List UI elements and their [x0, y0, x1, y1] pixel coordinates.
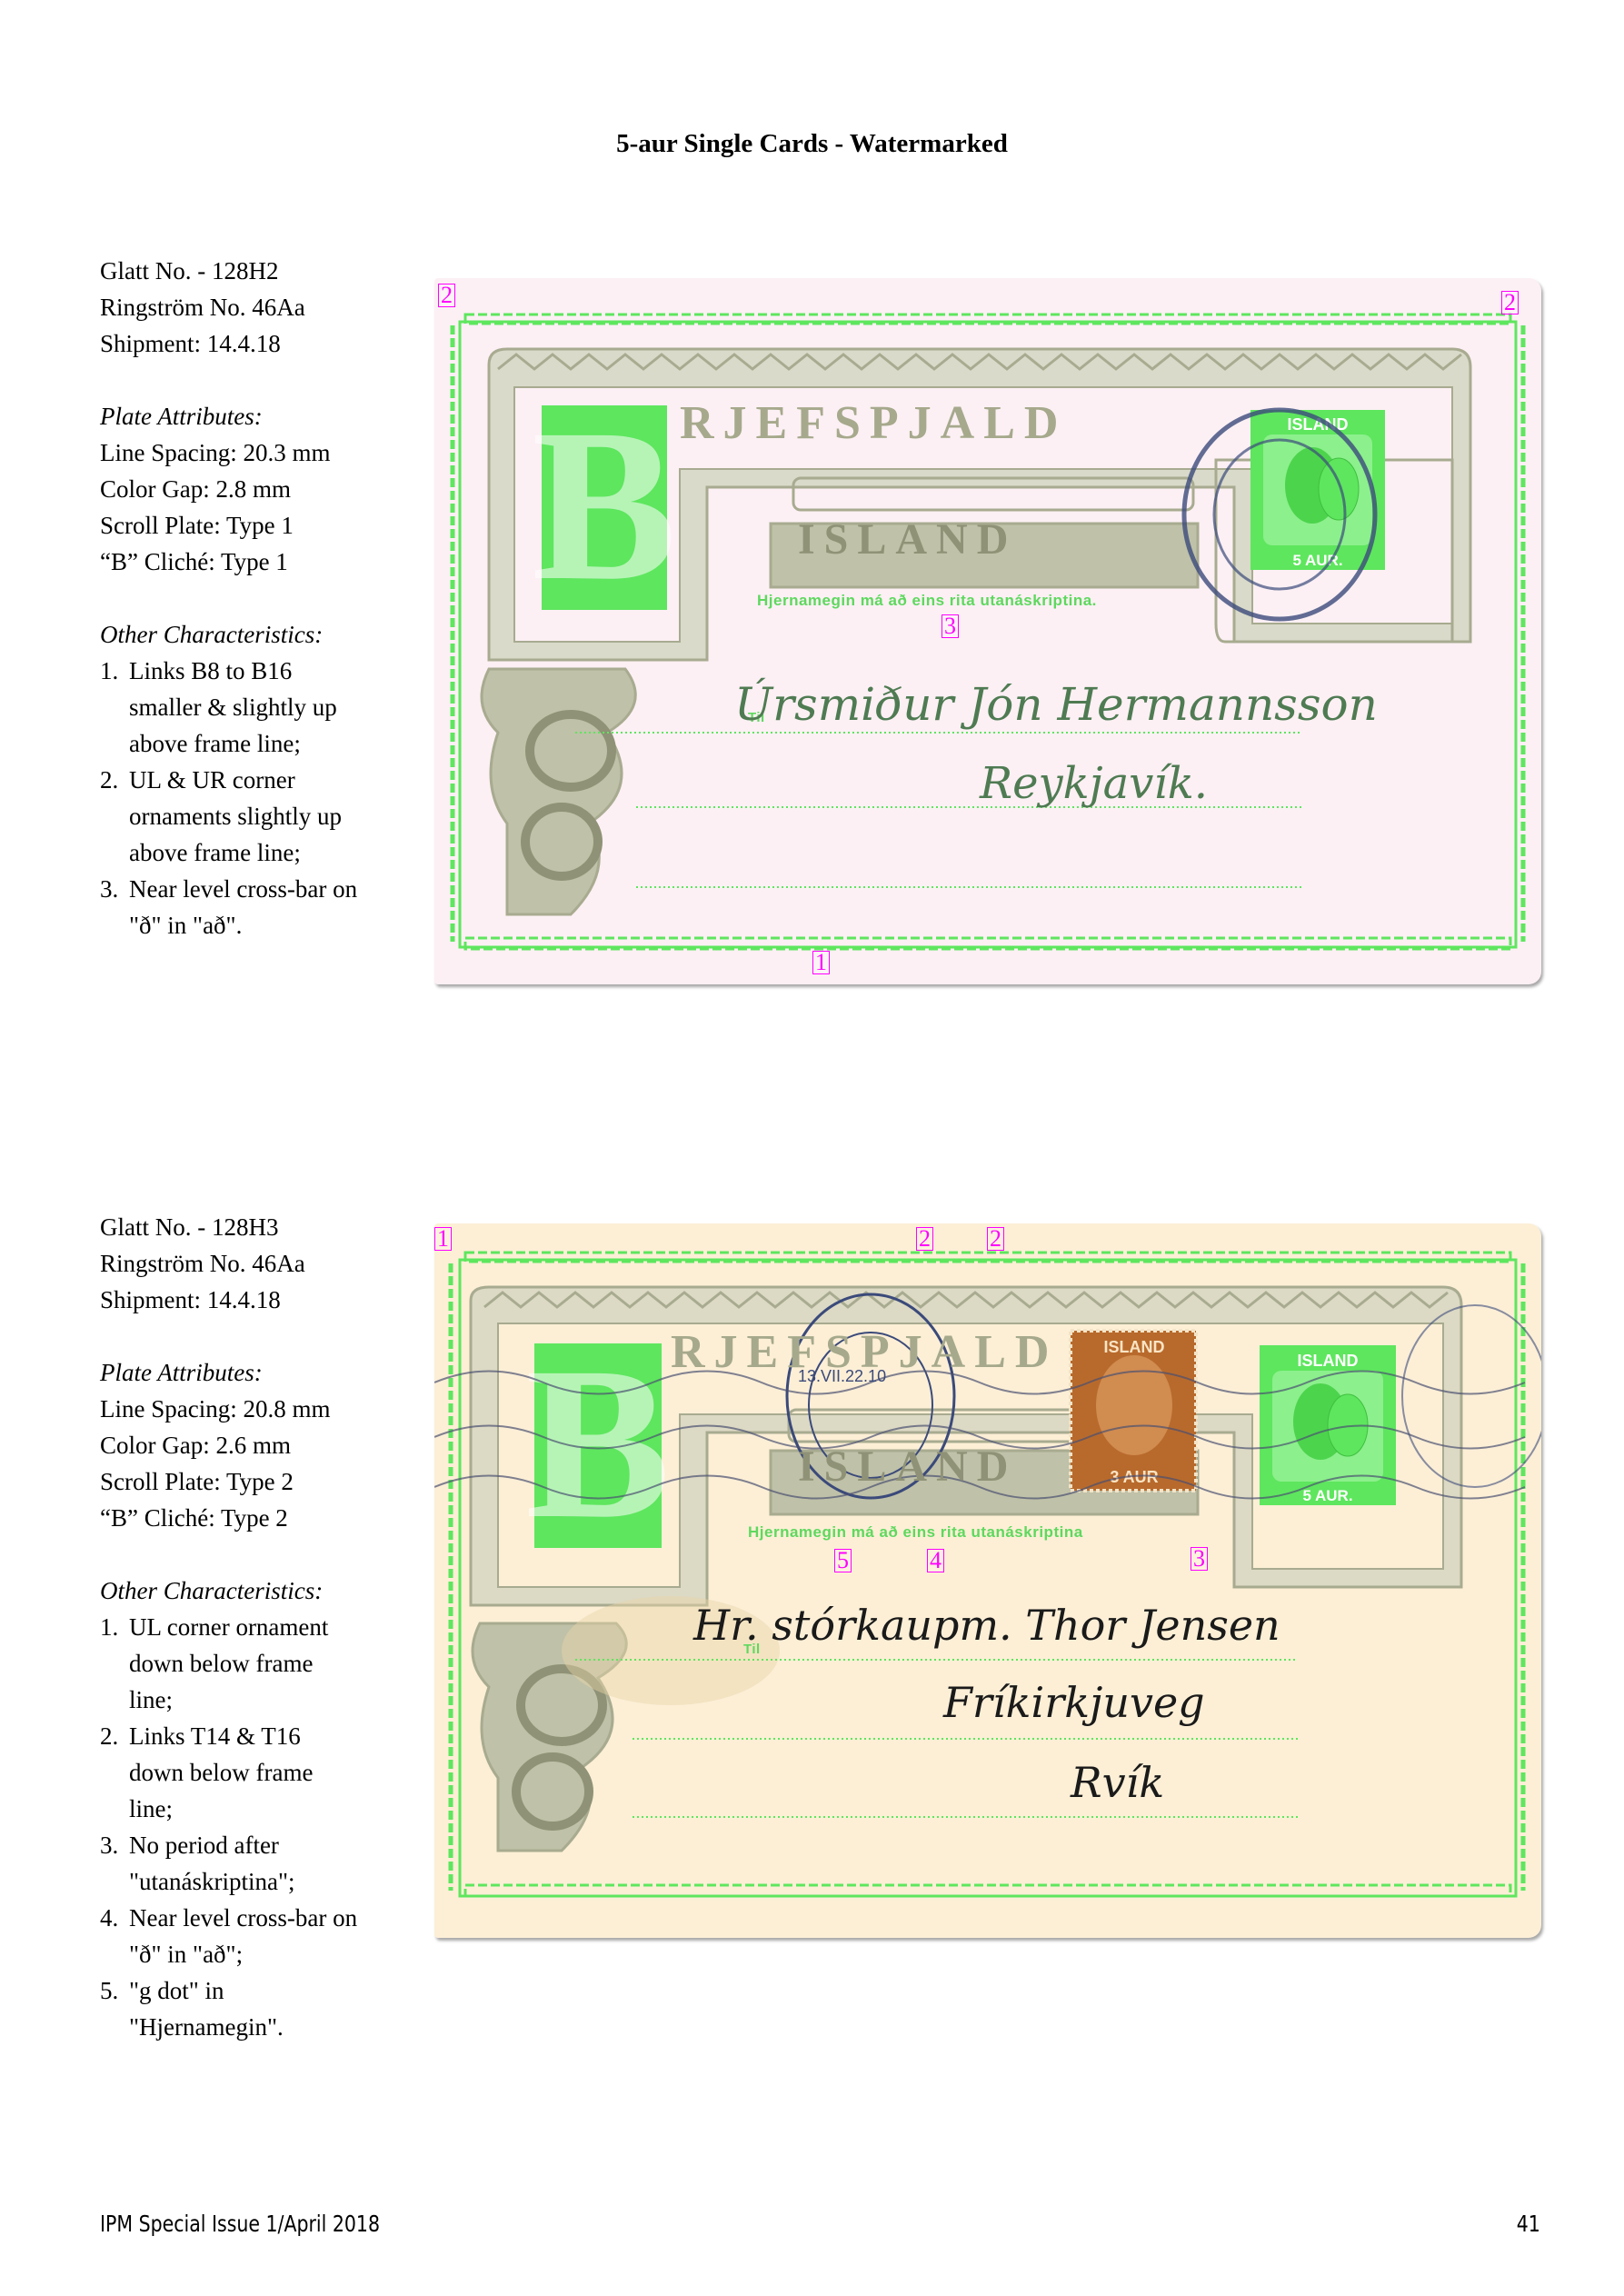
marker-3-caption: 3: [1191, 1547, 1208, 1571]
postmark-date: 13.VII.22.10: [798, 1367, 886, 1386]
glatt-number: Glatt No. - 128H2: [100, 253, 427, 289]
shipment-date: Shipment: 14.4.18: [100, 325, 427, 362]
characteristic-item: 1. Links B8 to B16 smaller & slightly up…: [100, 653, 427, 762]
other-characteristics-heading: Other Characteristics:: [100, 616, 427, 653]
card-caption: Hjernamegin má að eins rita utanáskripti…: [748, 1523, 1083, 1542]
page-number: 41: [1517, 2211, 1540, 2237]
color-gap: Color Gap: 2.6 mm: [100, 1427, 427, 1463]
line-spacing: Line Spacing: 20.8 mm: [100, 1391, 427, 1427]
characteristics-list: 1. UL corner ornament down below frame l…: [100, 1609, 427, 2045]
postcard-128H2: B ISLAND 5 AUR. RJEFSPJALD ISLAND Hjerna…: [434, 278, 1541, 984]
glatt-number: Glatt No. - 128H3: [100, 1209, 427, 1245]
card-title-word: RJEFSPJALD: [680, 396, 1067, 450]
marker-2-top-left: 2: [438, 284, 455, 307]
characteristics-list: 1. Links B8 to B16 smaller & slightly up…: [100, 653, 427, 943]
svg-text:ISLAND: ISLAND: [1104, 1338, 1165, 1356]
svg-text:B: B: [525, 1322, 671, 1563]
entry-1-description: Glatt No. - 128H2 Ringström No. 46Aa Shi…: [100, 253, 427, 943]
entry-2-description: Glatt No. - 128H3 Ringström No. 46Aa Shi…: [100, 1209, 427, 2045]
characteristic-item: 1. UL corner ornament down below frame l…: [100, 1609, 427, 1718]
plate-attributes-heading: Plate Attributes:: [100, 398, 427, 434]
ringstrom-number: Ringström No. 46Aa: [100, 289, 427, 325]
ringstrom-number: Ringström No. 46Aa: [100, 1245, 427, 1282]
marker-3-caption: 3: [942, 614, 959, 638]
handwritten-address-line-1: Úrsmiður Jón Hermannsson: [734, 678, 1378, 731]
card-country-word: ISLAND: [798, 514, 1017, 564]
characteristic-item: 3. Near level cross-bar on "ð" in "að".: [100, 871, 427, 943]
b-cliche: “B” Cliché: Type 1: [100, 544, 427, 580]
characteristic-item: 3. No period after "utanáskriptina";: [100, 1827, 427, 1900]
scroll-plate: Scroll Plate: Type 2: [100, 1463, 427, 1500]
line-spacing: Line Spacing: 20.3 mm: [100, 434, 427, 471]
characteristic-item: 4. Near level cross-bar on "ð" in "að";: [100, 1900, 427, 1972]
page-title: 5-aur Single Cards - Watermarked: [0, 129, 1624, 159]
card-country-word: ISLAND: [798, 1442, 1017, 1492]
marker-2-top-a: 2: [916, 1227, 933, 1251]
marker-2-top-b: 2: [987, 1227, 1004, 1251]
characteristic-item: 2. Links T14 & T16 down below frame line…: [100, 1718, 427, 1827]
handwritten-address-line-1: Hr. stórkaupm. Thor Jensen: [693, 1601, 1280, 1650]
svg-text:B: B: [532, 384, 677, 625]
handwritten-address-line-2: Fríkirkjuveg: [943, 1678, 1205, 1727]
marker-1-bottom: 1: [812, 951, 830, 974]
other-characteristics-heading: Other Characteristics:: [100, 1572, 427, 1609]
card-artwork: B ISLAND 5 AUR.: [434, 278, 1541, 984]
scroll-plate: Scroll Plate: Type 1: [100, 507, 427, 544]
plate-attributes-heading: Plate Attributes:: [100, 1354, 427, 1391]
card-caption: Hjernamegin má að eins rita utanáskripti…: [757, 592, 1097, 610]
handwritten-address-line-2: Reykjavík.: [980, 758, 1208, 809]
marker-5-caption: 5: [834, 1549, 852, 1572]
shipment-date: Shipment: 14.4.18: [100, 1282, 427, 1318]
color-gap: Color Gap: 2.8 mm: [100, 471, 427, 507]
publication-footer: IPM Special Issue 1/April 2018: [100, 2211, 380, 2237]
marker-2-top-right: 2: [1501, 291, 1519, 314]
marker-4-caption: 4: [927, 1549, 944, 1572]
handwritten-address-line-3: Rvík: [1071, 1758, 1164, 1807]
marker-1-top-left: 1: [434, 1227, 452, 1251]
svg-text:ISLAND: ISLAND: [1298, 1352, 1359, 1370]
characteristic-item: 5. "g dot" in "Hjernamegin".: [100, 1972, 427, 2045]
postcard-128H3: B ISLAND 5 AUR. ISLAND 3 AUR RJEFSPJALD: [434, 1223, 1541, 1938]
characteristic-item: 2. UL & UR corner ornaments slightly up …: [100, 762, 427, 871]
svg-text:5 AUR.: 5 AUR.: [1302, 1487, 1352, 1504]
svg-text:3 AUR: 3 AUR: [1110, 1468, 1158, 1486]
b-cliche: “B” Cliché: Type 2: [100, 1500, 427, 1536]
